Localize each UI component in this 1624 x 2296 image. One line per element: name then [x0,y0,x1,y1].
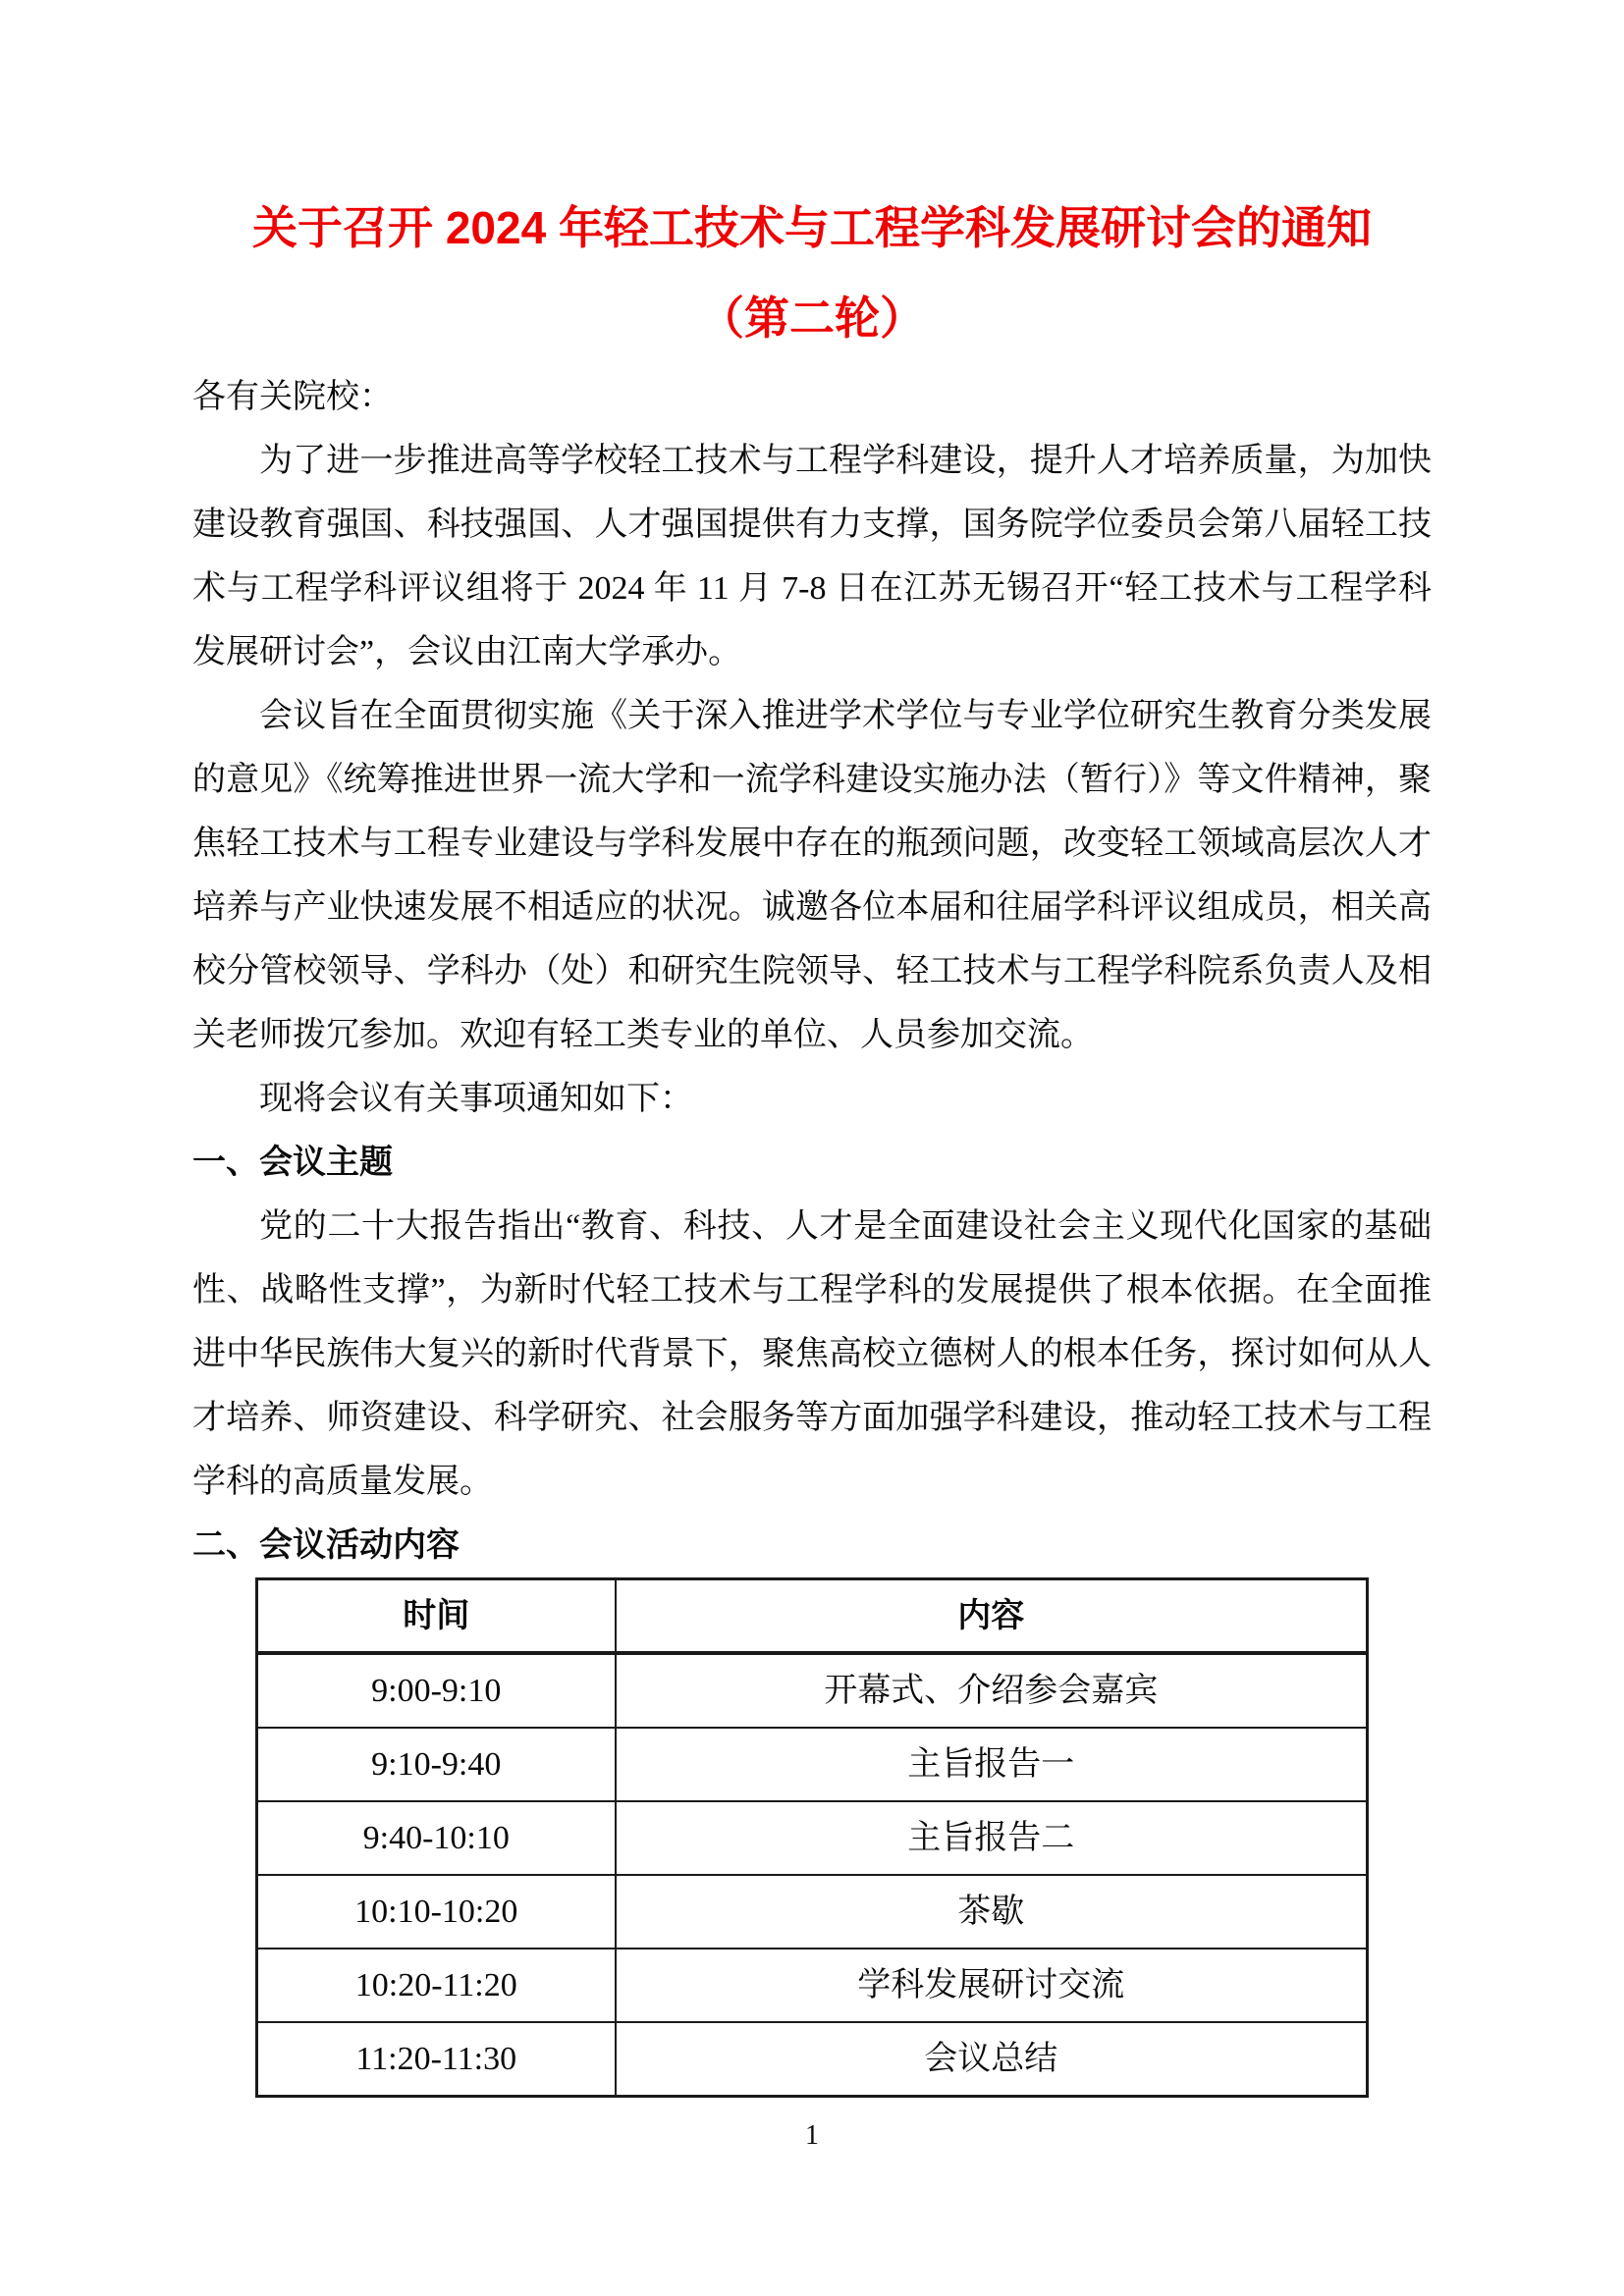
paragraph-background: 为了进一步推进高等学校轻工技术与工程学科建设，提升人才培养质量，为加快建设教育强… [192,429,1432,684]
cell-time: 9:00-9:10 [257,1653,616,1728]
table-row: 9:00-9:10 开幕式、介绍参会嘉宾 [257,1653,1368,1728]
cell-content: 开幕式、介绍参会嘉宾 [616,1653,1368,1728]
paragraph-lead-in: 现将会议有关事项通知如下： [192,1067,1432,1131]
cell-time: 11:20-11:30 [257,2022,616,2097]
table-row: 9:10-9:40 主旨报告一 [257,1728,1368,1801]
document-page: 关于召开 2024 年轻工技术与工程学科发展研讨会的通知 （第二轮） 各有关院校… [0,0,1624,2296]
notice-body: 各有关院校： 为了进一步推进高等学校轻工技术与工程学科建设，提升人才培养质量，为… [192,365,1432,2098]
cell-time: 10:20-11:20 [257,1949,616,2022]
schedule-table: 时间 内容 9:00-9:10 开幕式、介绍参会嘉宾 9:10-9:40 主旨报… [255,1577,1369,2098]
notice-subtitle: （第二轮） [0,273,1624,363]
table-row: 10:20-11:20 学科发展研讨交流 [257,1949,1368,2022]
section2-heading: 二、会议活动内容 [192,1514,1432,1577]
paragraph-purpose: 会议旨在全面贯彻实施《关于深入推进学术学位与专业学位研究生教育分类发展的意见》《… [192,684,1432,1067]
salutation-line: 各有关院校： [192,365,1432,429]
cell-content: 主旨报告一 [616,1728,1368,1801]
cell-time: 10:10-10:20 [257,1875,616,1949]
notice-title: 关于召开 2024 年轻工技术与工程学科发展研讨会的通知 [0,0,1624,273]
section1-heading: 一、会议主题 [192,1131,1432,1195]
table-row: 9:40-10:10 主旨报告二 [257,1801,1368,1875]
page-number: 1 [0,2120,1624,2152]
cell-content: 学科发展研讨交流 [616,1949,1368,2022]
cell-content: 会议总结 [616,2022,1368,2097]
cell-time: 9:40-10:10 [257,1801,616,1875]
table-row: 10:10-10:20 茶歇 [257,1875,1368,1949]
cell-content: 主旨报告二 [616,1801,1368,1875]
paragraph-theme: 党的二十大报告指出“教育、科技、人才是全面建设社会主义现代化国家的基础性、战略性… [192,1195,1432,1514]
schedule-header-row: 时间 内容 [257,1579,1368,1654]
cell-content: 茶歇 [616,1875,1368,1949]
table-row: 11:20-11:30 会议总结 [257,2022,1368,2097]
cell-time: 9:10-9:40 [257,1728,616,1801]
header-content: 内容 [616,1579,1368,1654]
header-time: 时间 [257,1579,616,1654]
